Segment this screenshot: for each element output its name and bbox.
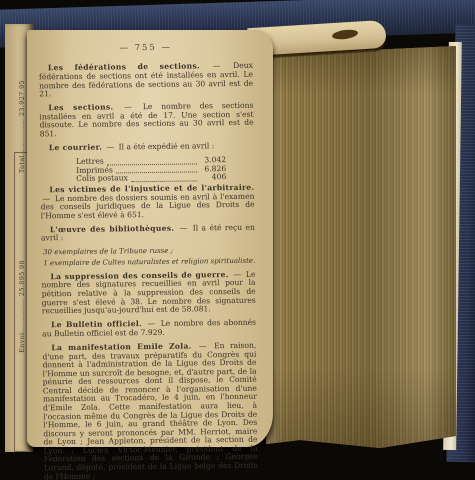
mail-label: Colis postaux [76,175,128,184]
dash-separator: — [105,143,117,152]
page-block-fore-edge [266,46,456,448]
section-bibliotheques: L'œuvre des bibliothèques. — Il a été re… [41,223,255,243]
page-text: — 755 — Les fédérations de sections. — D… [24,29,275,449]
section-heading: Le courrier. [49,143,102,153]
section-bulletin-officiel: Le Bulletin officiel. — Le nombre des ab… [42,319,256,339]
section-manifestation-zola: La manifestation Emile Zola. — En raison… [42,342,258,480]
mail-value: 406 [200,173,226,182]
dot-leader [131,180,197,182]
section-body: Il a été expédié en avril : [119,141,215,151]
book-photo: Total............... 23.927 95 Envoi....… [0,0,475,480]
section-body: Le nombre des dossiers soumis en avril à… [41,191,255,220]
section-federations: Les fédérations de sections. — Deux fédé… [39,62,253,99]
section-body: En raison, d'une part, des travaux prépa… [42,341,257,480]
book-page: — 755 — Les fédérations de sections. — D… [27,30,273,447]
section-heading: L'œuvre des bibliothèques. [50,223,175,234]
dash-separator: — [178,223,190,232]
section-courrier: Le courrier. — Il a été expédié en avril… [40,142,254,153]
mail-ledger: Lettres 3.042 Imprimés 6.826 Colis posta… [76,156,226,184]
received-item: 30 exemplaires de la Tribune russe ; [43,246,255,257]
section-sections: Les sections. — Le nombre des sections i… [39,102,253,139]
page-number: — 755 — [39,42,253,54]
section-conseils-de-guerre: La suppression des conseils de guerre. —… [41,271,256,317]
facing-table-envoi-line: Envoi.............. 25.895 98 [18,260,26,353]
received-item: 1 exemplaire de Cultes naturalistes et r… [43,257,255,268]
section-victimes: Les victimes de l'injustice et de l'arbi… [40,184,254,221]
